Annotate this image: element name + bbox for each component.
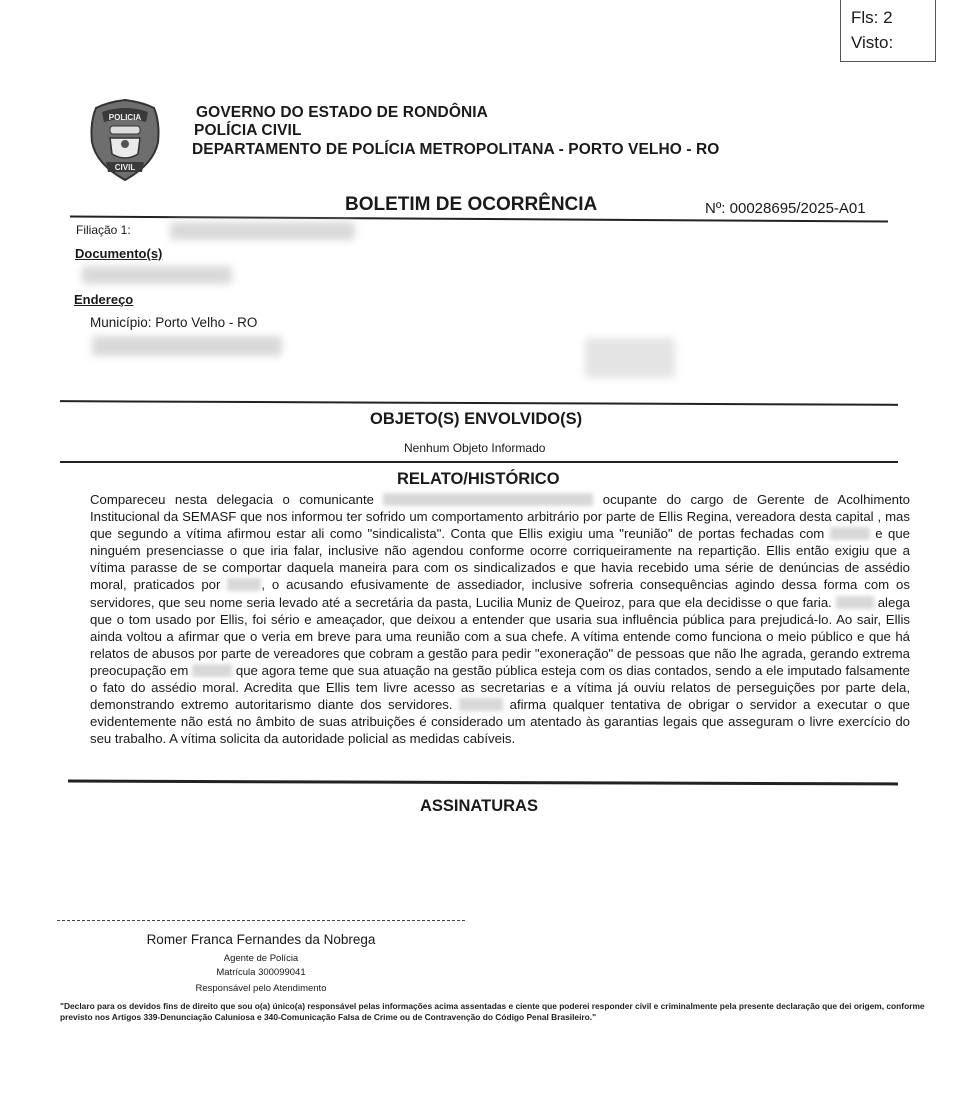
signer-responsibility: Responsável pelo Atendimento (57, 983, 465, 994)
signer-name: Romer Franca Fernandes da Nobrega (57, 932, 465, 947)
svg-text:CIVIL: CIVIL (115, 163, 136, 172)
page-stamp-box: Fls: 2 Visto: (840, 0, 936, 62)
signer-matricula: Matrícula 300099041 (57, 967, 465, 978)
police-badge-icon: POLICIA CIVIL (88, 98, 162, 182)
redacted-address-extra (585, 338, 675, 378)
redacted-filiacao (170, 222, 355, 240)
relato-title: RELATO/HISTÓRICO (397, 470, 560, 489)
redacted-name (830, 527, 870, 540)
municipio-value: Município: Porto Velho - RO (90, 315, 257, 330)
divider (60, 400, 898, 405)
endereco-label: Endereço (74, 292, 133, 307)
document-number: Nº: 00028695/2025-A01 (705, 200, 866, 217)
divider (60, 461, 898, 463)
signer-role: Agente de Polícia (57, 953, 465, 964)
filiacao-label: Filiação 1: (76, 223, 131, 237)
redacted-name (459, 698, 503, 711)
header-agency: POLÍCIA CIVIL (194, 122, 302, 140)
divider (68, 780, 898, 785)
redacted-name (227, 578, 261, 591)
svg-text:POLICIA: POLICIA (109, 113, 142, 122)
documentos-label: Documento(s) (75, 246, 162, 261)
redacted-name (192, 664, 232, 677)
redacted-documento (82, 266, 232, 284)
fls-label: Fls: 2 (851, 5, 935, 30)
header-department: DEPARTAMENTO DE POLÍCIA METROPOLITANA - … (192, 141, 719, 159)
legal-declaration: "Declaro para os devidos fins de direito… (60, 1001, 930, 1022)
redacted-name (383, 493, 593, 506)
document-title: BOLETIM DE OCORRÊNCIA (345, 194, 597, 216)
objetos-value: Nenhum Objeto Informado (404, 441, 545, 455)
assinaturas-title: ASSINATURAS (420, 797, 538, 816)
objetos-title: OBJETO(S) ENVOLVIDO(S) (370, 410, 582, 429)
visto-label: Visto: (851, 30, 935, 55)
redacted-name (836, 596, 874, 609)
relato-body: Compareceu nesta delegacia o comunicante… (90, 491, 910, 747)
redacted-address (92, 336, 282, 356)
header-government: GOVERNO DO ESTADO DE RONDÔNIA (196, 104, 488, 122)
signature-line (57, 920, 465, 922)
